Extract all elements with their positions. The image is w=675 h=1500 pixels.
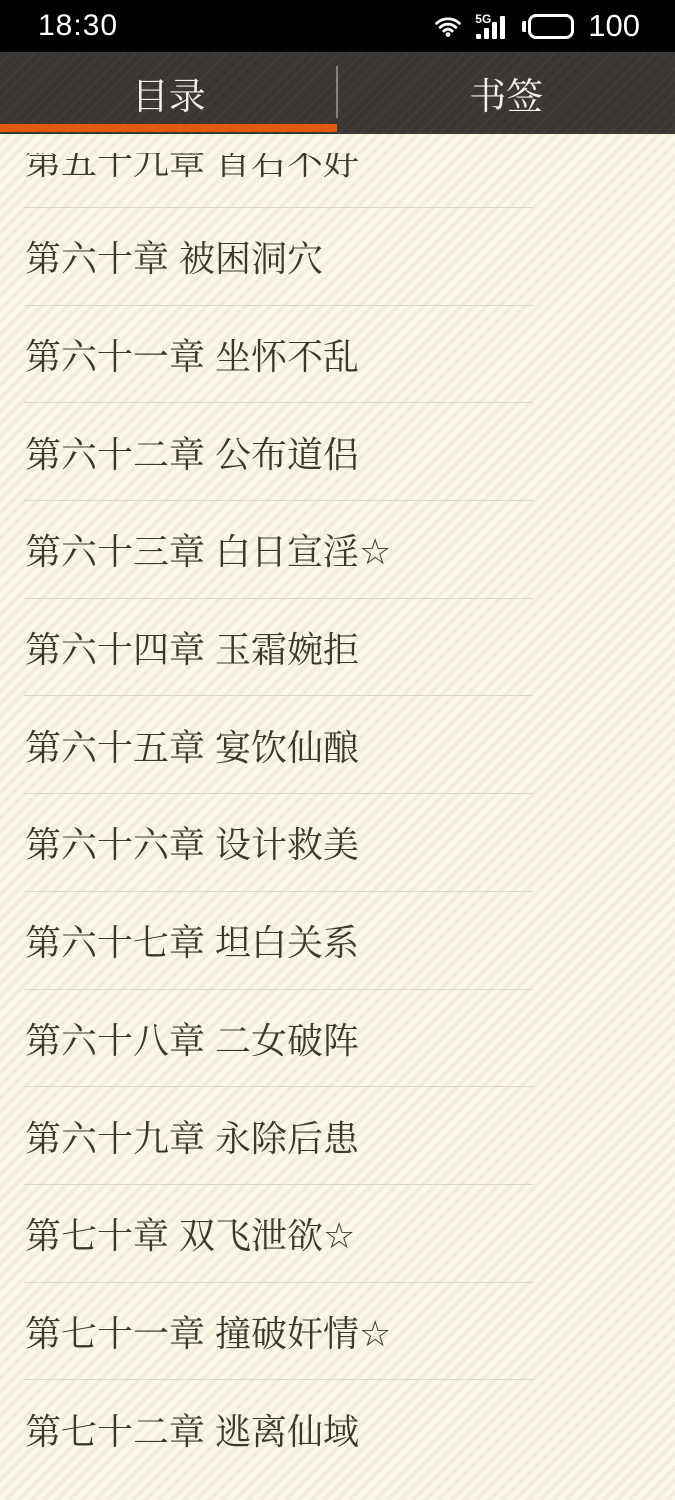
chapter-item-label: 第七十章 双飞泄欲☆ [25, 1208, 355, 1259]
battery-body [528, 14, 574, 39]
wifi-icon [435, 16, 461, 37]
chapter-item[interactable]: 第六十七章 坦白关系 [0, 892, 675, 990]
chapter-item[interactable]: 第六十一章 坐怀不乱 [0, 306, 675, 404]
tab-bookmarks-label: 书签 [469, 66, 543, 120]
tab-bookmarks[interactable]: 书签 [338, 52, 675, 134]
chapter-item[interactable]: 第七十一章 撞破奸情☆ [0, 1283, 675, 1381]
chapter-item[interactable]: 第七十二章 逃离仙域 [0, 1380, 675, 1478]
chapter-item[interactable]: 第六十五章 宴饮仙酿 [0, 696, 675, 794]
clip-window: 第五十九章 首右不好 [25, 153, 359, 180]
battery-icon [522, 14, 574, 39]
clock: 18:30 [38, 9, 118, 43]
tab-catalog[interactable]: 目录 [0, 52, 338, 134]
chapter-item-label: 第六十一章 坐怀不乱 [25, 329, 359, 380]
chapter-item-label: 第五十九章 首右不好 [25, 153, 359, 180]
battery-percent: 100 [588, 8, 640, 44]
chapter-item-label: 第六十三章 白日宣淫☆ [25, 524, 391, 575]
chapter-item[interactable]: 第六十八章 二女破阵 [0, 990, 675, 1088]
tab-divider [336, 66, 338, 118]
cell-signal-icon: 5G [475, 13, 508, 40]
tab-bar: 目录 书签 [0, 52, 675, 134]
chapter-list[interactable]: 第五十九章 首右不好 第六十章 被困洞穴 第六十一章 坐怀不乱 第六十二章 公布… [0, 134, 675, 1500]
chapter-item-label: 第六十七章 坦白关系 [25, 915, 359, 966]
chapter-item-label: 第六十八章 二女破阵 [25, 1013, 359, 1064]
chapter-item[interactable]: 第五十九章 首右不好 [0, 134, 675, 208]
status-bar: 18:30 5G 100 [0, 0, 675, 52]
battery-cap [522, 21, 526, 32]
chapter-item[interactable]: 第六十六章 设计救美 [0, 794, 675, 892]
chapter-item[interactable]: 第七十章 双飞泄欲☆ [0, 1185, 675, 1283]
chapter-item-label: 第六十四章 玉霜婉拒 [25, 622, 359, 673]
chapter-item[interactable]: 第六十九章 永除后患 [0, 1087, 675, 1185]
chapter-item-label: 第六十九章 永除后患 [25, 1111, 359, 1162]
chapter-item[interactable]: 第六十章 被困洞穴 [0, 208, 675, 306]
network-type-label: 5G [475, 13, 491, 25]
chapter-item[interactable]: 第六十四章 玉霜婉拒 [0, 599, 675, 697]
chapter-item-label: 第七十二章 逃离仙域 [25, 1404, 359, 1455]
active-tab-underline [0, 124, 337, 132]
chapter-item-label: 第六十五章 宴饮仙酿 [25, 720, 359, 771]
chapter-item-label: 第六十章 被困洞穴 [25, 231, 323, 282]
phone-screen: 18:30 5G 100 [0, 0, 675, 1500]
chapter-item-label: 第六十二章 公布道侣 [25, 427, 359, 478]
tab-catalog-label: 目录 [132, 66, 206, 120]
chapter-item-label: 第七十一章 撞破奸情☆ [25, 1306, 391, 1357]
chapter-item-label: 第六十六章 设计救美 [25, 817, 359, 868]
chapter-item[interactable]: 第六十二章 公布道侣 [0, 403, 675, 501]
status-icons: 5G 100 [435, 0, 640, 52]
chapter-item[interactable]: 第六十三章 白日宣淫☆ [0, 501, 675, 599]
